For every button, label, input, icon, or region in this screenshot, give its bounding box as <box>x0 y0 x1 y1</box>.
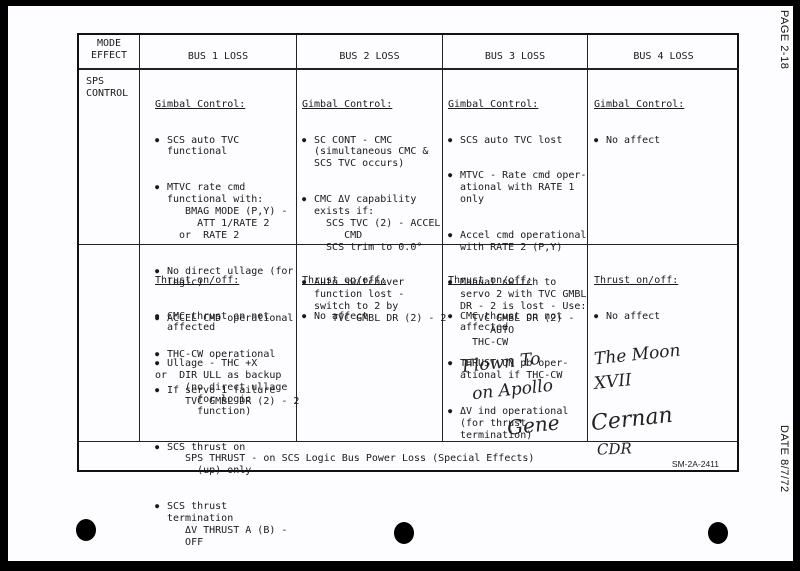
list-item: No affect <box>594 311 678 323</box>
list-item: MTVC rate cmd functional with: BMAG MODE… <box>155 182 299 242</box>
section-label: Gimbal Control: <box>594 99 684 111</box>
column-divider <box>587 35 588 441</box>
header-bus-1: BUS 1 LOSS <box>140 51 296 62</box>
list-item: SCS thrust termination ΔV THRUST A (B) -… <box>155 501 287 549</box>
list-item: MTVC - Rate cmd oper- ational with RATE … <box>448 170 586 206</box>
header-divider <box>79 68 739 70</box>
column-divider <box>139 35 140 441</box>
list-item: No affect <box>594 135 684 147</box>
header-bus-2: BUS 2 LOSS <box>297 51 442 62</box>
page-number-label: PAGE 2-18 <box>778 10 790 69</box>
punch-hole <box>76 519 96 541</box>
signature-title: CDR <box>597 439 632 458</box>
list-item: No affect <box>302 311 386 323</box>
section-label: Thrust on/off: <box>155 275 287 287</box>
list-item: SC CONT - CMC (simultaneous CMC & SCS TV… <box>302 135 446 171</box>
section-label: Gimbal Control: <box>302 99 446 111</box>
header-bus-4: BUS 4 LOSS <box>588 51 739 62</box>
section-label: Thrust on/off: <box>448 275 568 287</box>
punch-hole <box>708 522 728 544</box>
header-mode-effect: MODE EFFECT <box>79 38 139 62</box>
bus1-thrust-cell: Thrust on/off: CMC thrust on not affecte… <box>155 251 287 571</box>
mode-sps-control: SPS CONTROL <box>86 76 128 100</box>
section-label: Thrust on/off: <box>302 275 386 287</box>
section-label: Thrust on/off: <box>594 275 678 287</box>
list-item: CMC thrust on not affected <box>155 311 287 335</box>
date-label: DATE 8/7/72 <box>778 425 790 493</box>
list-item: CMC thrust on not affected <box>448 311 568 335</box>
list-item: Ullage - THC +X or DIR ULL as backup (no… <box>155 358 287 418</box>
drawing-number: SM-2A-2411 <box>672 459 719 469</box>
bus4-gimbal-cell: Gimbal Control: No affect <box>594 75 684 170</box>
list-item: SCS auto TVC functional <box>155 135 299 159</box>
section-label: Gimbal Control: <box>155 99 299 111</box>
bus-loss-table: MODE EFFECT BUS 1 LOSS BUS 2 LOSS BUS 3 … <box>77 33 739 472</box>
handwriting-mission: XVII <box>593 370 633 394</box>
signature-last-name: Cernan <box>590 403 674 436</box>
list-item: CMC ΔV capability exists if: SCS TVC (2)… <box>302 194 446 254</box>
section-label: Gimbal Control: <box>448 99 586 111</box>
list-item: SCS auto TVC lost <box>448 135 586 147</box>
punch-hole <box>394 522 414 544</box>
header-bus-3: BUS 3 LOSS <box>443 51 587 62</box>
table-caption: SCS Logic Bus Power Loss (Special Effect… <box>79 453 737 464</box>
bus4-thrust-cell: Thrust on/off: No affect <box>594 251 678 346</box>
bus2-thrust-cell: Thrust on/off: No affect <box>302 251 386 346</box>
